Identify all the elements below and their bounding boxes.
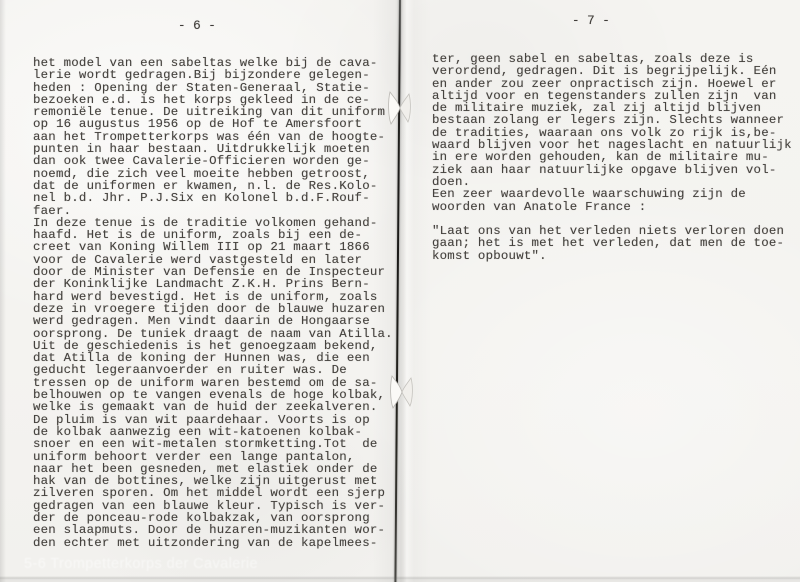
text-line: nel b.d. Jhr. P.J.Six en Kolonel b.d.F.R… [33,192,393,204]
page-number-right: - 7 - [572,15,610,28]
text-line: der Koninklijke Landmacht Z.K.H. Prins B… [33,278,393,290]
book-scan: - 6 - het model van een sabeltas welke b… [0,0,800,582]
text-line: bestaan zolang er legers zijn. Slechts w… [432,114,792,126]
text-line: geducht legeraanvoerder en ruiter was. D… [33,364,393,376]
text-line: faer. [33,205,393,217]
text-line: welke is gemaakt van de huid der zeekalv… [33,401,393,413]
text-line: zilveren sporen. Om het middel wordt een… [33,487,393,499]
text-line: werd gedragen. Men vindt daarin de Honga… [33,315,393,327]
text-line: lerie wordt gedragen.Bij bijzondere gele… [33,69,393,81]
text-line: ziek aan haar natuurlijke opgave blijven… [432,164,792,176]
text-line: op 16 augustus 1956 op de Hof te Amersfo… [33,118,393,130]
text-line: uniform behoort verder een lange pantalo… [33,451,393,463]
text-line: komst opbouwt". [432,250,792,262]
text-line: verordend, gedragen. Dit is begrijpelijk… [432,65,792,77]
text-line: gaan; het is met het verleden, dat men d… [432,237,792,249]
page-right-text: ter, geen sabel en sabeltas, zoals deze … [432,53,792,262]
text-line: Een zeer waardevolle waarschuwing zijn d… [432,188,792,200]
text-line: snoer en een wit-metalen stormketting.To… [33,438,393,450]
page-left: - 6 - het model van een sabeltas welke b… [0,0,400,582]
text-line: dan ook twee Cavalerie-Officieren worden… [33,155,393,167]
text-line: creet van Koning Willem III op 21 maart … [33,241,393,253]
text-line: woorden van Anatole France : [432,201,792,213]
text-line: in ere worden gehouden, kan de militaire… [432,151,792,163]
page-left-text: het model van een sabeltas welke bij de … [33,57,393,549]
text-line: den echter met uitzondering van de kapel… [33,537,393,549]
text-line: oorsprong. De tuniek draagt de naam van … [33,328,393,340]
ghost-caption: 5-6 Trompetterkorps der Cavalerie [24,556,258,572]
page-right: - 7 - ter, geen sabel en sabeltas, zoals… [400,0,800,582]
text-line: een slaapmuts. Door de huzaren-muzikante… [33,524,393,536]
page-number-left: - 6 - [178,20,216,33]
